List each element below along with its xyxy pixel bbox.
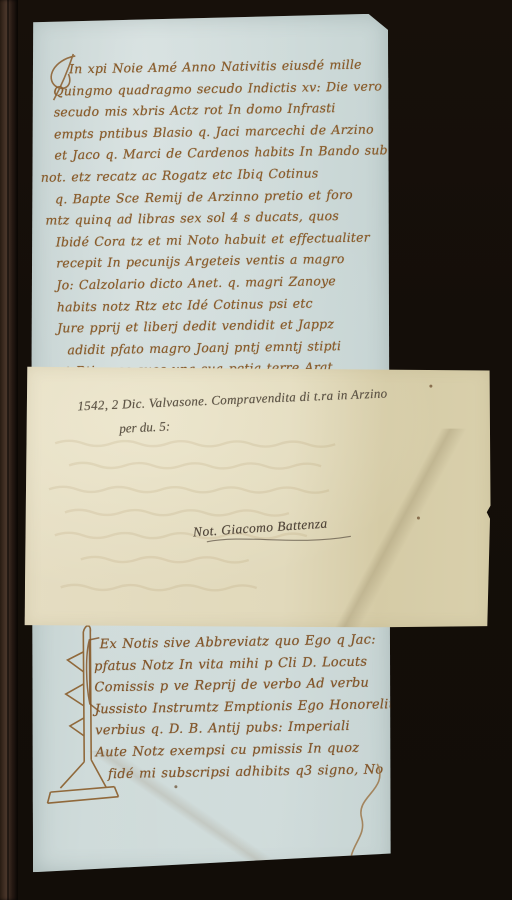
ink-dot	[429, 385, 432, 388]
closing-flourish-icon	[317, 762, 388, 880]
book-spine	[0, 0, 18, 900]
spine-groove	[7, 0, 9, 900]
folded-flap: 1542, 2 Dic. Valvasone. Compravendita di…	[25, 365, 492, 629]
top-text-block: In xpi Noie Amé Anno Nativitis eiusdé mi…	[53, 53, 388, 382]
flap-crease	[271, 428, 492, 629]
photograph-of-manuscript: In xpi Noie Amé Anno Nativitis eiusdé mi…	[0, 0, 512, 900]
ink-dot	[174, 785, 177, 788]
archival-annotation-price: per du. 5:	[119, 418, 171, 436]
ink-dot	[417, 517, 420, 520]
paper-crease	[67, 749, 318, 881]
